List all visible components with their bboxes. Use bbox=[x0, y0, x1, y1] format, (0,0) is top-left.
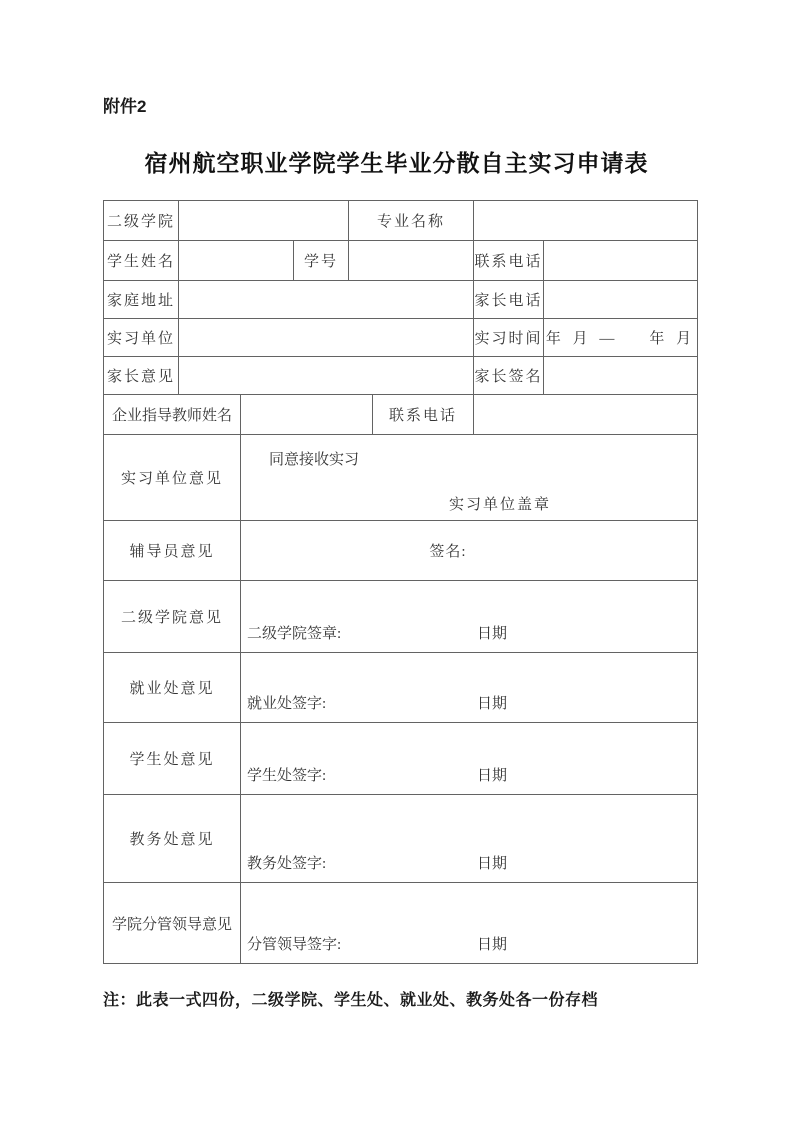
leader-opinion-content: 分管领导签字: 日期 bbox=[241, 883, 697, 963]
enterprise-teacher-label: 企业指导教师姓名 bbox=[104, 395, 241, 434]
student-affairs-opinion-label: 学生处意见 bbox=[104, 723, 241, 794]
row-academic-affairs-opinion: 教务处意见 教务处签字: 日期 bbox=[104, 795, 697, 883]
academic-affairs-opinion-label: 教务处意见 bbox=[104, 795, 241, 882]
row-employment-office-opinion: 就业处意见 就业处签字: 日期 bbox=[104, 653, 697, 723]
row-unit-opinion: 实习单位意见 同意接收实习 实习单位盖章 bbox=[104, 435, 697, 521]
parent-phone-value-cell bbox=[544, 281, 697, 318]
internship-time-value: 年 月 — 年 月 bbox=[544, 319, 697, 356]
row-counselor-opinion: 辅导员意见 签名: bbox=[104, 521, 697, 581]
employment-office-opinion-label: 就业处意见 bbox=[104, 653, 241, 722]
home-address-label: 家庭地址 bbox=[104, 281, 179, 318]
leader-opinion-sign-text: 分管领导签字: bbox=[247, 933, 477, 954]
parent-opinion-label: 家长意见 bbox=[104, 357, 179, 394]
contact-phone-label: 联系电话 bbox=[474, 241, 544, 280]
student-affairs-sign-text: 学生处签字: bbox=[247, 764, 477, 785]
internship-time-label: 实习时间 bbox=[474, 319, 544, 356]
unit-opinion-content: 同意接收实习 实习单位盖章 bbox=[241, 435, 697, 520]
college-opinion-date-text: 日期 bbox=[477, 622, 507, 643]
document-title: 宿州航空职业学院学生毕业分散自主实习申请表 bbox=[0, 145, 793, 178]
counselor-opinion-label: 辅导员意见 bbox=[104, 521, 241, 580]
unit-opinion-stamp-text: 实习单位盖章 bbox=[449, 493, 551, 514]
row-home-address: 家庭地址 家长电话 bbox=[104, 281, 697, 319]
college-label: 二级学院 bbox=[104, 201, 179, 240]
row-parent-opinion: 家长意见 家长签名 bbox=[104, 357, 697, 395]
student-id-label: 学号 bbox=[294, 241, 349, 280]
application-form-table: 二级学院 专业名称 学生姓名 学号 联系电话 家庭地址 家长电话 实习单位 实习… bbox=[103, 200, 698, 964]
row-leader-opinion: 学院分管领导意见 分管领导签字: 日期 bbox=[104, 883, 697, 963]
counselor-opinion-content: 签名: bbox=[241, 521, 697, 580]
teacher-phone-label: 联系电话 bbox=[373, 395, 474, 434]
unit-opinion-label: 实习单位意见 bbox=[104, 435, 241, 520]
academic-affairs-sign-text: 教务处签字: bbox=[247, 852, 477, 873]
row-college-opinion: 二级学院意见 二级学院签章: 日期 bbox=[104, 581, 697, 653]
internship-unit-label: 实习单位 bbox=[104, 319, 179, 356]
row-student: 学生姓名 学号 联系电话 bbox=[104, 241, 697, 281]
college-value-cell bbox=[179, 201, 349, 240]
row-internship-unit: 实习单位 实习时间 年 月 — 年 月 bbox=[104, 319, 697, 357]
attachment-label: 附件2 bbox=[103, 92, 146, 117]
counselor-sign-text: 签名: bbox=[429, 540, 466, 561]
row-student-affairs-opinion: 学生处意见 学生处签字: 日期 bbox=[104, 723, 697, 795]
leader-opinion-date-text: 日期 bbox=[477, 933, 507, 954]
internship-unit-value-cell bbox=[179, 319, 474, 356]
contact-phone-value-cell bbox=[544, 241, 697, 280]
employment-office-date-text: 日期 bbox=[477, 692, 507, 713]
employment-office-opinion-content: 就业处签字: 日期 bbox=[241, 653, 697, 722]
student-id-value-cell bbox=[349, 241, 474, 280]
academic-affairs-date-text: 日期 bbox=[477, 852, 507, 873]
major-value-cell bbox=[474, 201, 697, 240]
parent-phone-label: 家长电话 bbox=[474, 281, 544, 318]
home-address-value-cell bbox=[179, 281, 474, 318]
row-college-major: 二级学院 专业名称 bbox=[104, 201, 697, 241]
college-opinion-sign-text: 二级学院签章: bbox=[247, 622, 477, 643]
parent-opinion-value-cell bbox=[179, 357, 474, 394]
unit-opinion-agree-text: 同意接收实习 bbox=[269, 448, 359, 469]
row-enterprise-teacher: 企业指导教师姓名 联系电话 bbox=[104, 395, 697, 435]
document-page: 附件2 宿州航空职业学院学生毕业分散自主实习申请表 二级学院 专业名称 学生姓名… bbox=[0, 0, 793, 1122]
major-label: 专业名称 bbox=[349, 201, 474, 240]
parent-signature-value-cell bbox=[544, 357, 697, 394]
student-name-label: 学生姓名 bbox=[104, 241, 179, 280]
enterprise-teacher-value-cell bbox=[241, 395, 373, 434]
college-opinion-content: 二级学院签章: 日期 bbox=[241, 581, 697, 652]
student-affairs-date-text: 日期 bbox=[477, 764, 507, 785]
teacher-phone-value-cell bbox=[474, 395, 697, 434]
leader-opinion-label: 学院分管领导意见 bbox=[104, 883, 241, 963]
parent-signature-label: 家长签名 bbox=[474, 357, 544, 394]
footer-note: 注：此表一式四份，二级学院、学生处、就业处、教务处各一份存档 bbox=[103, 987, 598, 1010]
employment-office-sign-text: 就业处签字: bbox=[247, 692, 477, 713]
college-opinion-label: 二级学院意见 bbox=[104, 581, 241, 652]
student-name-value-cell bbox=[179, 241, 294, 280]
academic-affairs-opinion-content: 教务处签字: 日期 bbox=[241, 795, 697, 882]
student-affairs-opinion-content: 学生处签字: 日期 bbox=[241, 723, 697, 794]
